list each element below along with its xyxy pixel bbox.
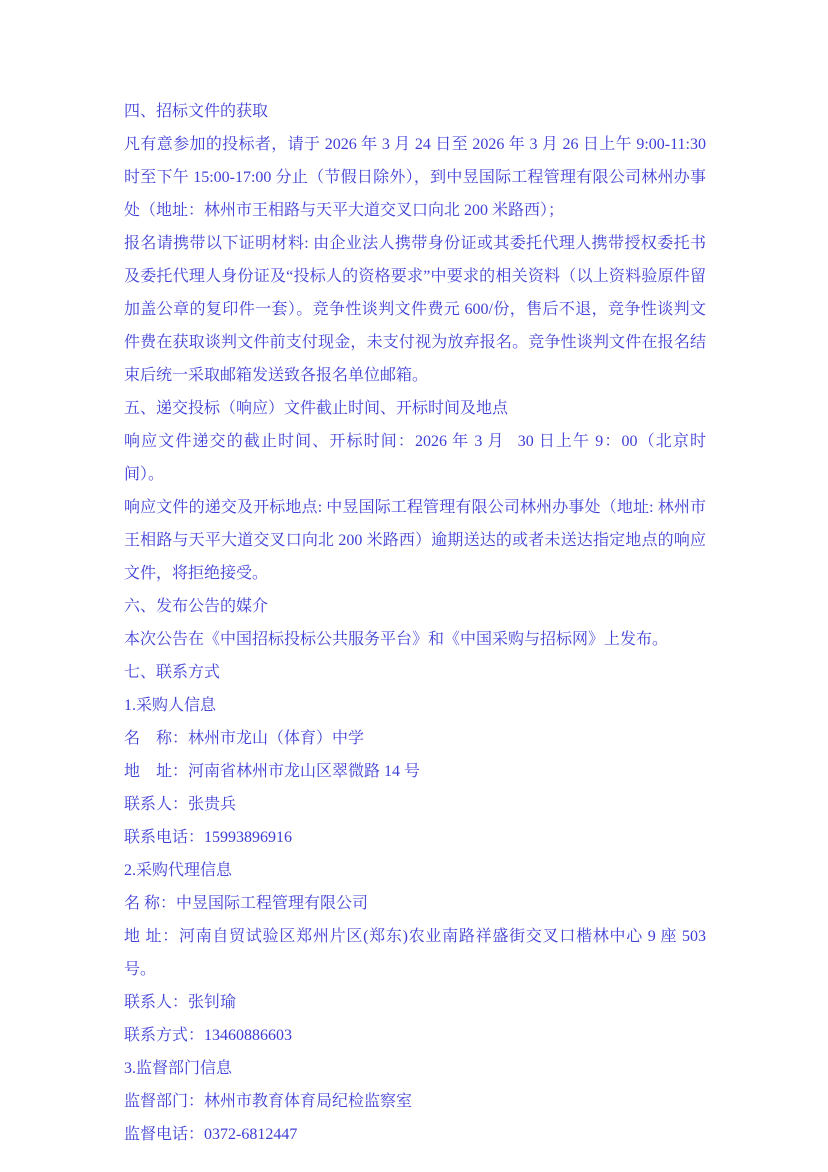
purchaser-phone-line: 联系电话：15993896916 bbox=[124, 821, 706, 854]
purchaser-name-line: 名 称：林州市龙山（体育）中学 bbox=[124, 722, 706, 755]
section-7-heading: 七、联系方式 bbox=[124, 656, 706, 689]
notice-content: 四、招标文件的获取 凡有意参加的投标者，请于 2026 年 3 月 24 日至 … bbox=[124, 95, 706, 1151]
document-page: 四、招标文件的获取 凡有意参加的投标者，请于 2026 年 3 月 24 日至 … bbox=[0, 0, 828, 1172]
label-purchaser-info: 1.采购人信息 bbox=[124, 689, 706, 722]
label-agency-info: 2.采购代理信息 bbox=[124, 854, 706, 887]
agency-contact-person-line: 联系人：张钊瑜 bbox=[124, 986, 706, 1019]
para-registration-materials: 报名请携带以下证明材料: 由企业法人携带身份证或其委托代理人携带授权委托书及委托… bbox=[124, 227, 706, 392]
supervision-department-line: 监督部门：林州市教育体育局纪检监察室 bbox=[124, 1085, 706, 1118]
agency-name-line: 名 称：中昱国际工程管理有限公司 bbox=[124, 887, 706, 920]
purchaser-address-line: 地 址：河南省林州市龙山区翠微路 14 号 bbox=[124, 755, 706, 788]
para-announcement-media: 本次公告在《中国招标投标公共服务平台》和《中国采购与招标网》上发布。 bbox=[124, 623, 706, 656]
purchaser-contact-person-line: 联系人：张贵兵 bbox=[124, 788, 706, 821]
section-5-heading: 五、递交投标（响应）文件截止时间、开标时间及地点 bbox=[124, 392, 706, 425]
agency-phone-line: 联系方式：13460886603 bbox=[124, 1019, 706, 1052]
para-deadline-time: 响应文件递交的截止时间、开标时间：2026 年 3 月 30 日上午 9：00（… bbox=[124, 425, 706, 491]
para-registration-period: 凡有意参加的投标者，请于 2026 年 3 月 24 日至 2026 年 3 月… bbox=[124, 128, 706, 227]
section-6-heading: 六、发布公告的媒介 bbox=[124, 590, 706, 623]
label-supervision-info: 3.监督部门信息 bbox=[124, 1052, 706, 1085]
supervision-phone-line: 监督电话：0372-6812447 bbox=[124, 1118, 706, 1151]
section-4-heading: 四、招标文件的获取 bbox=[124, 95, 706, 128]
agency-address-line: 地 址：河南自贸试验区郑州片区(郑东)农业南路祥盛街交叉口楷林中心 9 座 50… bbox=[124, 920, 706, 986]
para-submission-location: 响应文件的递交及开标地点: 中昱国际工程管理有限公司林州办事处（地址: 林州市王… bbox=[124, 491, 706, 590]
